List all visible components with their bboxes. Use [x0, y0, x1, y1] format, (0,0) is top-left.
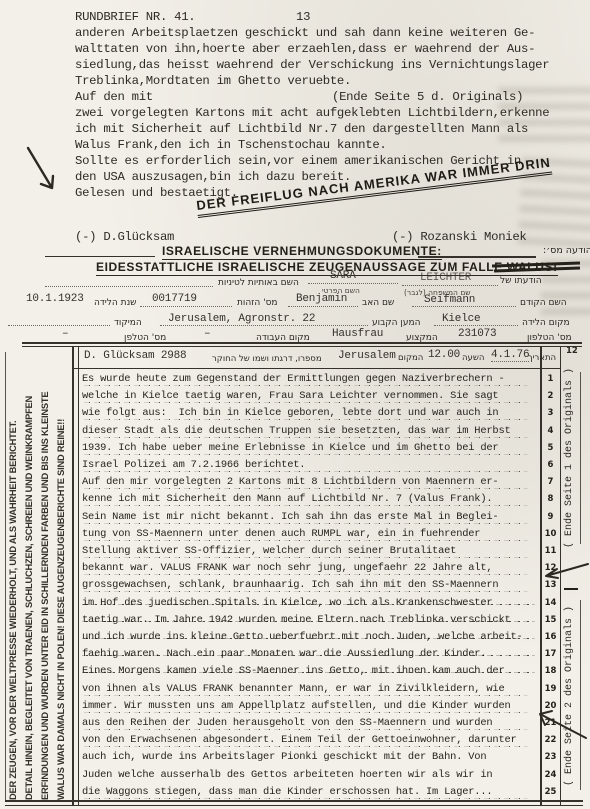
occupation-value: Hausfrau: [332, 328, 383, 340]
intro-line: den USA auszusagen,bin ich dazu bereit.: [75, 170, 351, 184]
line-number: 11: [542, 546, 559, 556]
line-number: 9: [542, 512, 559, 522]
deposition-line: die Waggons stiegen, dass man die Kinder…: [82, 785, 544, 801]
rule: [22, 342, 582, 344]
margin-annotation: ERFINDUNGEN UND WURDEN UNTER EID IN SCHI…: [40, 352, 50, 800]
deposition-line: und ich wurde ins kleine Getto ueberfueh…: [82, 630, 544, 646]
bracket-rule: [580, 372, 581, 544]
section-title-testimony: EIDESSTATTLICHE ISRAELISCHE ZEUGENAUSSAG…: [96, 260, 558, 276]
end-page-1-note: ( Ende Seite 1 des Originals ): [564, 370, 575, 548]
fill-line: [8, 324, 110, 326]
intro-line: Auf den mit: [75, 90, 153, 104]
line-number: 10: [542, 529, 559, 539]
line-number: 25: [542, 787, 559, 797]
deposition-line: faehig waren. Nach ein paar Monaten war …: [82, 647, 544, 663]
time-value: 12.00: [428, 349, 460, 361]
line-number: 1: [542, 374, 559, 384]
end-page-2-note: ( Ende Seite 2 des Originals ): [564, 598, 575, 794]
line-number: 18: [542, 666, 559, 676]
end-of-page-note: (Ende Seite 5 d. Originals): [332, 90, 523, 104]
intro-line: Walus Frank,den ich in Tschenstochau kan…: [75, 138, 387, 152]
scanned-document-page: RUNDBRIEF NR. 41. 13 anderen Arbeitsplae…: [0, 0, 590, 809]
bracket-rule: [580, 600, 581, 790]
page-number: 13: [296, 10, 310, 24]
deposition-line: Eines Morgens kamen viele SS-Maenner ins…: [82, 664, 544, 680]
deposition-line: Es wurde heute zum Gegenstand der Ermitt…: [82, 372, 544, 388]
deposition-line: dieser Stadt als die deutschen Truppen s…: [82, 424, 544, 440]
line-number: 5: [542, 443, 559, 453]
deposition-line: tung von SS-Maennern unter denen auch RU…: [82, 527, 544, 543]
deposition-line: im Hof des juedischen Spitals in Kielce,…: [82, 596, 544, 612]
birth-year-label: שנת הלידה: [94, 298, 137, 308]
address-label: המען הקבוע: [372, 318, 421, 328]
deposition-line: Israel Polizei am 7.2.1966 berichtet.: [82, 458, 544, 474]
intro-line: Treblinka,Mordtaten im Ghetto veruebte.: [75, 74, 351, 88]
deposition-line: auch ich, wurde ins Arbeitslager Pionki …: [82, 750, 544, 766]
statement-of-label: הודעתו של: [500, 276, 542, 286]
deposition-line: Juden welche ausserhalb des Gettos arbei…: [82, 768, 544, 784]
zip-label: המיקוד: [114, 318, 142, 328]
workplace-value: –: [204, 328, 210, 340]
bulletin-header: RUNDBRIEF NR. 41.: [75, 10, 195, 24]
line-number: 7: [542, 477, 559, 487]
work-phone-value: –: [62, 328, 68, 340]
previous-name-label: השם הקודם: [520, 298, 567, 308]
table-border: [78, 346, 79, 806]
deposition-line: Sein Name ist mir nicht bekannt. Ich sah…: [82, 510, 544, 526]
table-border: [72, 346, 74, 806]
deposition-line: Auf den mir vorgelegten 2 Kartons mit 8 …: [82, 475, 544, 491]
deposition-line: wie folgt aus: Ich bin in Kielce geboren…: [82, 406, 544, 422]
fill-line: [140, 305, 232, 307]
line-number: 14: [542, 598, 559, 608]
section-title-documents: ISRAELISCHE VERNEHMUNGSDOKUMENTE:: [162, 244, 442, 260]
family-name-value: LEICHTER: [420, 272, 471, 284]
first-name-value: SARA: [330, 270, 356, 282]
statement-number-label: הודעה מס׳:: [543, 245, 590, 256]
line-number: 16: [542, 632, 559, 642]
time-label: השעה: [462, 353, 484, 363]
handwritten-arrow: [22, 146, 62, 198]
margin-annotation: DETAIL HINEIN, BEGLEITET VON TRAENEN, SC…: [24, 352, 34, 800]
line-number: 17: [542, 649, 559, 659]
handwritten-arrow: [540, 558, 590, 584]
signature-left: (-) D.Glücksam: [75, 230, 174, 244]
intro-line: anderen Arbeitsplaetzen geschickt und sa…: [75, 26, 535, 40]
deposition-line: Stellung aktiver SS-Offizier, welcher du…: [82, 544, 544, 560]
identity-no-label: מס' הזהות: [237, 298, 278, 308]
rule: [22, 346, 582, 347]
deposition-line: von den Erwachsenen abgesondert. Einem T…: [82, 733, 544, 749]
place-label: המקום: [398, 353, 423, 363]
fill-line: [160, 324, 368, 326]
birth-place-label: מקום הלידה: [522, 318, 570, 328]
rule: [72, 368, 561, 369]
deposition-line: von ihnen als VALUS FRANK benannter Mann…: [82, 682, 544, 698]
deposition-line: aus den Reihen der Juden herausgeholt vo…: [82, 716, 544, 732]
deposition-line: 1939. Ich habe ueber meine Erlebnisse in…: [82, 441, 544, 457]
deposition-line: kenne ich mit Sicherheit den Mann auf Li…: [82, 492, 544, 508]
deposition-line: immer. Wir mussten uns am Appellplatz au…: [82, 699, 544, 715]
father-name-label: שם האב: [362, 298, 394, 308]
deposition-line: welche in Kielce taetig waren, Frau Sara…: [82, 389, 544, 405]
deposition-line: grossgewachsen, schlank, braunhaarig. Ic…: [82, 578, 544, 594]
line-number: 8: [542, 494, 559, 504]
fill-line: [412, 305, 516, 307]
birth-year-value: 10.1.1923: [26, 293, 84, 305]
investigator-value: D. Glücksam 2988: [84, 350, 186, 362]
intro-line: siedlung,das heisst waehrend der Verschi…: [75, 58, 549, 72]
corner-page-number: 12: [566, 346, 578, 356]
line-number: 23: [542, 752, 559, 762]
deposition-line: taetig war. Im Jahre 1942 wurden meine E…: [82, 613, 544, 629]
father-name-value: Benjamin: [296, 293, 347, 305]
line-number: 4: [542, 426, 559, 436]
intro-line: zwei vorgelegten Kartons mit acht aufgek…: [75, 106, 549, 120]
intro-line: walttaten von ihn,hoerte aber erzaehlen,…: [75, 42, 535, 56]
fill-line: [45, 285, 213, 287]
margin-rule: [5, 352, 6, 800]
fill-line: [402, 284, 498, 286]
line-number: 15: [542, 615, 559, 625]
signature-right: (-) Rozanski Moniek: [392, 230, 527, 244]
latin-name-label: השם באותיות לטיניות: [218, 278, 299, 288]
place-value: Jerusalem: [338, 350, 396, 362]
fill-line: [434, 324, 518, 326]
date-label: התאריך: [528, 353, 556, 363]
margin-annotation: WALUS WAR DAMALS NICHT IN POLEN! DIESE A…: [56, 352, 66, 800]
handwritten-stroke: [564, 588, 578, 590]
rule: [5, 800, 583, 802]
investigator-label: מספרו, דרגתו ושמו של החוקר: [212, 354, 322, 364]
line-number: 3: [542, 408, 559, 418]
line-number: 2: [542, 391, 559, 401]
fill-line: [308, 282, 398, 284]
rule: [5, 805, 583, 806]
margin-annotation: DER ZEUGEN, VOR DER WELTPRESSE WIEDERHOL…: [8, 352, 18, 800]
phone-value: 231073: [458, 328, 496, 340]
line-number: 19: [542, 684, 559, 694]
line-number: 24: [542, 770, 559, 780]
fill-line: [288, 305, 358, 307]
rule: [45, 256, 155, 257]
rule: [418, 256, 536, 258]
deposition-line: bekannt war. VALUS FRANK war noch sehr j…: [82, 561, 544, 577]
date-value: 4.1.76: [491, 349, 529, 362]
handwritten-arrow: [534, 704, 590, 744]
identity-no-value: 0017719: [152, 293, 197, 305]
line-number: 6: [542, 460, 559, 470]
intro-line: ich mit Sicherheit auf Lichtbild Nr.7 de…: [75, 122, 528, 136]
